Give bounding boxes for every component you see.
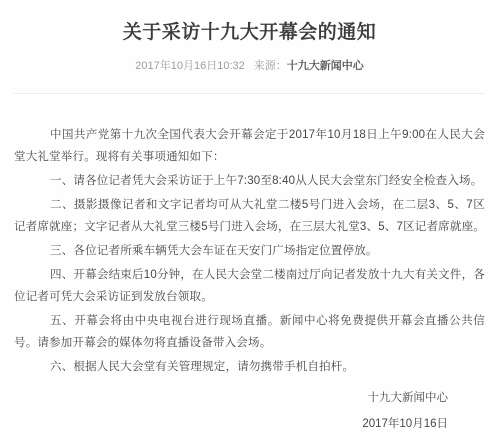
source-name: 十九大新闻中心 bbox=[287, 60, 364, 72]
notice-item-2: 二、摄影摄像记者和文字记者均可从大礼堂二楼5号门进入会场，在二层3、5、7区记者… bbox=[14, 194, 485, 238]
notice-item-4: 四、开幕会结束后10分钟，在人民大会堂二楼南过厅向记者发放十九大有关文件，各位记… bbox=[14, 264, 485, 308]
notice-item-1: 一、请各位记者凭大会采访证于上午7:30至8:40从人民大会堂东门经安全检查入场… bbox=[14, 170, 485, 192]
notice-item-3: 三、各位记者所乘车辆凭大会车证在天安门广场指定位置停放。 bbox=[14, 240, 485, 262]
notice-item-6: 六、根据人民大会堂有关管理规定，请勿携带手机自拍杆。 bbox=[14, 356, 485, 378]
article-page: 关于采访十九大开幕会的通知 2017年10月16日10:32来源：十九大新闻中心… bbox=[0, 0, 500, 441]
source-label: 来源： bbox=[254, 60, 287, 72]
article-meta: 2017年10月16日10:32来源：十九大新闻中心 bbox=[14, 60, 485, 73]
signature-name: 十九大新闻中心 bbox=[14, 387, 448, 409]
signature-block: 十九大新闻中心 2017年10月16日 bbox=[14, 387, 485, 435]
notice-item-5: 五、开幕会将由中央电视台进行现场直播。新闻中心将免费提供开幕会直播公共信号。请参… bbox=[14, 310, 485, 354]
publish-datetime: 2017年10月16日10:32 bbox=[135, 60, 244, 72]
header-divider bbox=[14, 93, 485, 94]
article-body: 中国共产党第十九次全国代表大会开幕会定于2017年10月18日上午9:00在人民… bbox=[14, 124, 485, 378]
signature-date: 2017年10月16日 bbox=[14, 413, 448, 435]
intro-paragraph: 中国共产党第十九次全国代表大会开幕会定于2017年10月18日上午9:00在人民… bbox=[14, 124, 485, 168]
page-title: 关于采访十九大开幕会的通知 bbox=[14, 0, 485, 44]
